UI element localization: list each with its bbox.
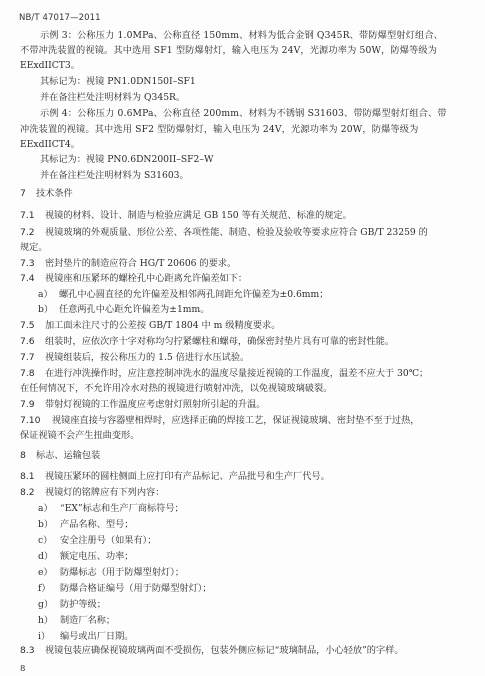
example-3-line-3: EExdIICT3。 [20,60,80,72]
clause-8-2-f-text: 防爆合格证编号（用于防爆型射灯）； [60,583,212,595]
clause-8-2-b-text: 产品名称、型号； [60,519,134,531]
section-8-number: 8 [20,450,26,462]
example-4-line-1: 示例 4：公称压力 0.6MPa、公称直径 200mm、材料为不锈钢 S3160… [40,108,447,120]
clause-7-10-continuation: 保证视镜不会产生扭曲变形。 [20,430,139,442]
clause-7-6-text: 组装时，应依次序十字对称均匀拧紧螺柱和螺母，确保密封垫片具有可靠的密封性能。 [45,336,394,348]
clause-8-2-e-text: 防爆标志（用于防爆型射灯）； [60,567,184,579]
clause-8-3-text: 视镜包装应确保视镜玻璃两面不受损伤，包装外侧应标记“玻璃制品，小心轻放”的字样。 [45,645,404,657]
clause-8-2-i-text: 编号或出厂日期。 [60,631,134,643]
section-8-title: 标志、运输包装 [36,450,100,462]
clause-7-7-text: 视镜组装后，按公称压力的 1.5 倍进行水压试验。 [45,352,249,364]
example-3-line-1: 示例 3：公称压力 1.0MPa、公称直径 150mm、材料为低合金钢 Q345… [40,30,443,42]
example-3-note: 并在备注栏处注明材料为 Q345R。 [40,92,185,104]
clause-7-10-number: 7.10 [20,415,40,427]
clause-7-5-number: 7.5 [20,320,35,332]
clause-7-10-text: 视镜座直接与容器壁相焊时，应选择正确的焊接工艺，保证视镜玻璃、密封垫不至于过热， [52,415,420,427]
clause-8-2-i-label: i） [38,631,50,643]
clause-7-9-number: 7.9 [20,399,35,411]
clause-7-2-continuation: 规定。 [20,242,48,254]
page-number: 8 [20,664,25,674]
clause-7-2-number: 7.2 [20,227,35,239]
clause-8-2-a-label: a） [38,503,53,515]
clause-8-2-e-label: e） [38,567,53,579]
standard-id-header: NB/T 47017—2011 [19,13,101,23]
clause-7-7-number: 7.7 [20,352,35,364]
clause-7-1-number: 7.1 [20,210,35,222]
clause-7-4-number: 7.4 [20,273,35,285]
clause-8-2-c-label: c） [38,535,52,547]
section-7-title: 技术条件 [36,188,73,200]
example-4-line-3: EExdIICT4。 [20,139,80,151]
clause-8-2-h-label: h） [38,615,53,627]
clause-7-4-b-text: 任意两孔中心距允许偏差为±1mm。 [59,304,209,316]
example-3-line-2: 不带冲洗装置的视镜。其中选用 SF1 型防爆射灯，输入电压为 24V，光源功率为… [20,45,437,57]
clause-7-5-text: 加工面未注尺寸的公差按 GB/T 1804 中 m 级精度要求。 [45,320,280,332]
clause-7-8-continuation: 在任何情况下，不允许用冷水对热的视镜进行喷射冲洗，以免视镜玻璃破裂。 [20,383,332,395]
clause-7-4-b-label: b） [38,304,53,316]
clause-8-3-number: 8.3 [20,645,35,657]
clause-7-1-text: 视镜的材料、设计、制造与检验应满足 GB 150 等有关规范、标准的规定。 [45,210,352,222]
clause-8-2-c-text: 安全注册号（如果有）； [60,535,156,547]
clause-8-2-g-label: g） [38,599,53,611]
clause-7-4-a-label: a） [38,289,53,301]
example-4-marking: 其标记为：视镜 PN0.6DN200II–SF2–W [40,154,213,166]
clause-8-2-text: 视镜灯的铭牌应有下列内容： [45,487,164,499]
clause-8-2-h-text: 制造厂名称； [60,615,115,627]
clause-7-4-a-text: 螺孔中心圆直径的允许偏差及相邻两孔间距允许偏差为±0.6mm； [59,289,328,301]
clause-7-2-text: 视镜玻璃的外观质量、形位公差、各项性能、制造、检验及验收等要求应符合 GB/T … [45,227,428,239]
clause-8-2-b-label: b） [38,519,53,531]
clause-7-8-text: 在进行冲洗操作时，应注意控制冲洗水的温度尽量接近视镜的工作温度，温差不应大于 3… [45,368,428,380]
clause-8-2-g-text: 防护等级； [60,599,106,611]
clause-8-2-a-text: “EX”标志和生产厂商标符号； [60,503,184,515]
clause-8-1-number: 8.1 [20,471,35,483]
clause-8-2-f-label: f） [38,583,51,595]
clause-8-2-d-label: d） [38,551,53,563]
clause-7-3-text: 密封垫片的制造应符合 HG/T 20606 的要求。 [45,258,236,270]
clause-8-1-text: 视镜压紧环的圆柱侧面上应打印有产品标记、产品批号和生产厂代号。 [45,471,330,483]
clause-7-8-number: 7.8 [20,368,35,380]
example-4-line-2: 冲洗装置的视镜。其中选用 SF2 型防爆射灯，输入电压为 24V，光源功率为 2… [20,124,418,136]
clause-7-3-number: 7.3 [20,258,35,270]
section-7-number: 7 [20,188,26,200]
example-4-note: 并在备注栏处注明材料为 S31603。 [40,170,189,182]
clause-8-2-d-text: 额定电压、功率； [60,551,134,563]
clause-7-9-text: 带射灯视镜的工作温度应考虑射灯照射所引起的升温。 [45,399,266,411]
document-page: NB/T 47017—2011 示例 3：公称压力 1.0MPa、公称直径 15… [0,0,485,676]
clause-7-6-number: 7.6 [20,336,35,348]
example-3-marking: 其标记为：视镜 PN1.0DN150I–SF1 [40,76,196,88]
clause-7-4-text: 视镜座和压紧环的螺栓孔中心距离允许偏差如下： [45,273,247,285]
clause-8-2-number: 8.2 [20,487,35,499]
